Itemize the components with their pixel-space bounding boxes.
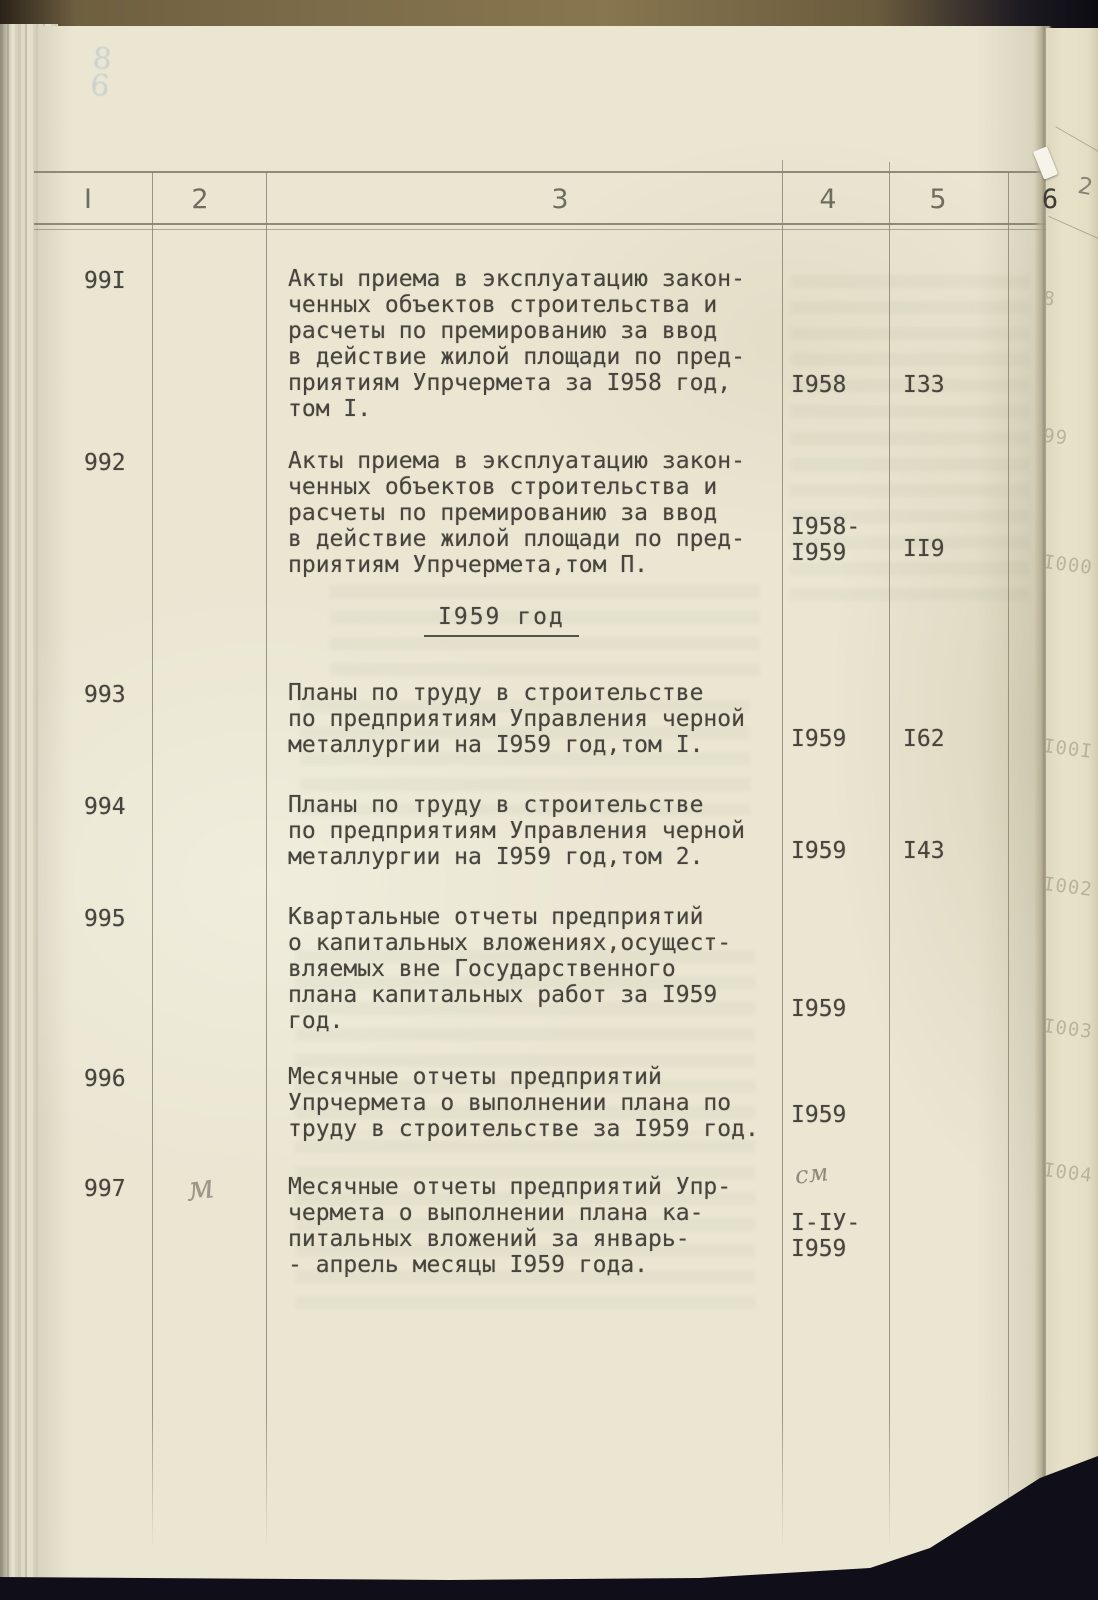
entry-description: Месячные отчеты предприятий Упрчермета о… (288, 1064, 768, 1142)
entry-description: Акты приема в эксплуатацию закон- ченных… (288, 448, 768, 578)
next-page-entry-number: 99 (1046, 425, 1069, 450)
year-section-heading: I959 год (424, 604, 579, 637)
next-page-entry-number: I003 (1046, 1015, 1094, 1043)
entry-description: Квартальные отчеты предприятий о капитал… (288, 904, 768, 1034)
next-page-entry-number: I002 (1046, 873, 1094, 901)
column-header-2: 2 (191, 184, 208, 215)
entry-date: I958 (791, 372, 896, 398)
header-bottom-rule (34, 223, 1046, 225)
column-tick (889, 162, 890, 174)
handwritten-date-note: см (794, 1158, 830, 1189)
bleedthrough-smudge (790, 275, 1030, 420)
column-header-5: 5 (929, 184, 946, 215)
entry-number: 995 (84, 906, 126, 932)
entry-number: 993 (84, 682, 126, 708)
column-header-1: I (84, 184, 92, 215)
next-page-entry-number: I004 (1046, 1159, 1094, 1187)
entry-number: 994 (84, 794, 126, 820)
entry-date: I958- I959 (791, 514, 896, 566)
next-page-entry-number: 8 (1046, 287, 1057, 310)
entry-date: I959 (791, 1102, 896, 1128)
entry-date: I959 (791, 726, 896, 752)
next-page-edge: 8 99 I000 I00I I002 I003 I004 (1046, 28, 1098, 1562)
entry-date: I959 (791, 838, 896, 864)
column-divider-2-3 (266, 172, 267, 1550)
next-page-entry-number: I00I (1046, 735, 1094, 763)
handwritten-blue-mark: 8 6 (84, 45, 119, 101)
header-bottom-rule-double (34, 229, 1046, 230)
entry-sheet-count: I43 (903, 838, 993, 864)
column-divider-5-6 (1008, 172, 1009, 1550)
entry-description: Акты приема в эксплуатацию закон- ченных… (288, 266, 768, 422)
handwritten-pencil-mark: м (183, 1166, 216, 1210)
table-top-rule (34, 171, 1046, 173)
entry-date: I959 (791, 996, 896, 1022)
column-header-4: 4 (819, 184, 836, 215)
entry-number: 992 (84, 450, 126, 476)
entry-description: Планы по труду в строительстве по предпр… (288, 680, 768, 758)
column-header-3: 3 (551, 184, 568, 215)
entry-number: 997 (84, 1176, 126, 1202)
entry-description: Планы по труду в строительстве по предпр… (288, 792, 768, 870)
entry-sheet-count: I33 (903, 372, 993, 398)
entry-number: 996 (84, 1066, 126, 1092)
column-divider-3-4 (782, 172, 783, 1550)
next-page-rule (1048, 216, 1098, 241)
blue-mark-digit: 6 (84, 72, 116, 102)
column-tick (782, 160, 783, 172)
entry-number: 99I (84, 268, 126, 294)
entry-date: I-IУ- I959 (791, 1210, 896, 1262)
entry-description: Месячные отчеты предприятий Упр- чермета… (288, 1174, 768, 1278)
column-header-6: 6 (1042, 184, 1058, 215)
next-page-entry-number: I000 (1046, 551, 1094, 579)
entry-sheet-count: II9 (903, 536, 993, 562)
column-divider-1-2 (152, 172, 153, 1550)
scanned-archive-page: I 2 3 4 5 6 8 6 99I Акты приема в эксплу… (0, 0, 1098, 1600)
entry-sheet-count: I62 (903, 726, 993, 752)
next-page-rule (1055, 126, 1098, 154)
